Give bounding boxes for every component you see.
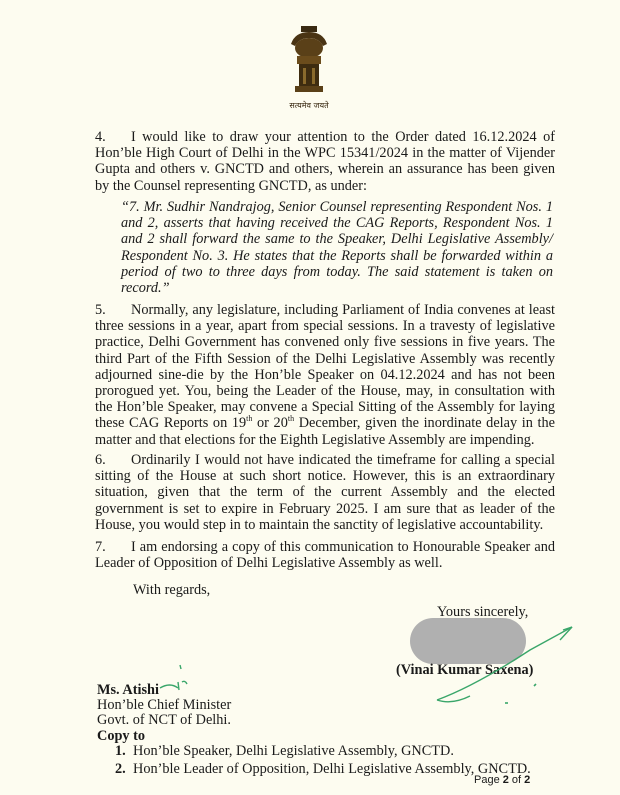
national-emblem-icon: सत्यमेव जयते [281, 22, 337, 114]
copy-to-item: 2.Hon’ble Leader of Opposition, Delhi Le… [115, 761, 531, 778]
paragraph-7: 7.I am endorsing a copy of this communic… [95, 539, 555, 571]
court-order-quote: “7. Mr. Sudhir Nandrajog, Senior Counsel… [121, 199, 553, 296]
closing-regards: With regards, [133, 582, 210, 599]
svg-text:सत्यमेव जयते: सत्यमेव जयते [289, 100, 329, 110]
paragraph-5: 5.Normally, any legislature, including P… [95, 302, 555, 448]
signatory-name: (Vinai Kumar Saxena) [396, 662, 533, 679]
copy-to-item: 1.Hon’ble Speaker, Delhi Legislative Ass… [115, 743, 454, 760]
paragraph-4: 4.I would like to draw your attention to… [95, 129, 555, 194]
copy-to-heading: Copy to [97, 728, 145, 744]
addressee-office: Govt. of NCT of Delhi. [97, 712, 231, 728]
redacted-signature [410, 618, 526, 664]
page-number: Page 2 of 2 [474, 774, 530, 786]
paragraph-6: 6.Ordinarily I would not have indicated … [95, 452, 555, 533]
addressee-name: Ms. Atishi [97, 682, 159, 698]
addressee-title: Hon’ble Chief Minister [97, 697, 231, 713]
